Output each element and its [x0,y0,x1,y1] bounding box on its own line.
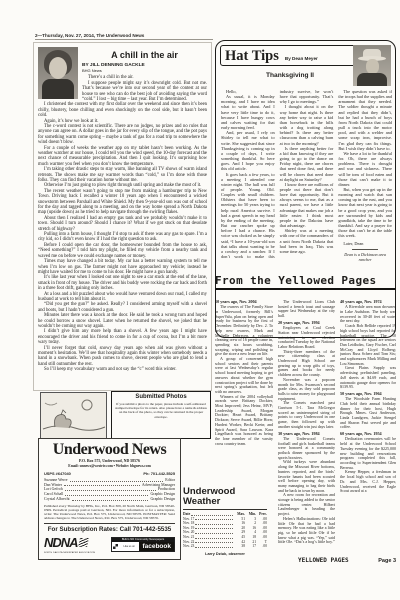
facebook-badge-row: Like us on facebook [112,542,174,551]
dotted-leader [72,500,149,501]
publication-info: Published every Thursday by BHG, Inc., P… [44,504,175,521]
paragraph: “Did you get the gun?” he asked. Really?… [38,302,207,313]
photo-face-shape [49,57,67,79]
paragraph: The Woodside Farm Hunting Club held thei… [340,397,396,430]
chill-article: A chill in the air BY JILL DENNING GACKL… [33,42,212,391]
paragraph: The owners of The Family Store in Underw… [215,305,273,357]
usps-phone-row: USPS #647040 Ph: 701-442-5525 [44,471,175,476]
photo-shoulders-shape [357,73,387,86]
like-us-label: Like us on [119,545,139,548]
paragraph: Coach Bob Bellide reported 19 high schoo… [340,324,396,366]
paragraph: Employees at Coal Creek Station near Und… [278,326,335,350]
dotted-leader [195,524,233,525]
usps-number: USPS #647040 [44,471,71,476]
paragraph: At a loss and a bit puzzled about who wo… [38,292,207,303]
newspaper-name: Underwood News [44,442,175,458]
paragraph: Dedication ceremonies will be held at th… [340,437,396,470]
hat-tips-headline: Thanksgiving II [224,72,356,79]
weather-max: 38 [234,544,245,549]
yellowed-pages-title: From the Yellowed Pages [215,274,396,290]
paragraph: Great Plains Supply was advertising pref… [340,366,396,390]
yellowed-pages-column-3: 40 years ago, Nov. 1974A Riverdale area … [340,300,396,556]
ndna-wordmark: NDNA [44,535,78,550]
paragraph: Times may have changed a bit today. My c… [38,259,207,275]
paragraph: The Underwood Comets football and girls … [278,437,335,461]
masthead-contact: Email: unnews@westriv.com • Website: bhg… [44,464,175,468]
article-body: There’s a chill in the air.I suppose peo… [38,75,207,372]
weather-box: Underwood Weather Date Max. Min. Prec. N… [183,487,267,556]
paragraph: A Riverdale area man drowned in Lake Aud… [340,305,396,324]
qr-code-icon [113,544,118,549]
masthead-box: Underwood News P.O. Box 575, Underwood, … [38,438,181,560]
dotted-leader [195,519,233,520]
signature-rule [352,249,378,250]
weather-title: Underwood Weather [183,487,267,510]
dotted-leader [195,538,233,539]
paragraph: The question was asked if the troops had… [338,89,392,151]
newspaper-stack-icon [78,538,89,547]
paragraph: For a couple of weeks the weather app on… [38,146,207,168]
hat-tips-signoff: Later, Dean [338,241,392,246]
paragraph: Helen’s Hallucinations: Ole told little … [278,517,335,545]
dotted-leader [65,490,156,491]
continuation-label: YELLOWED PAGES [298,557,349,564]
weather-min: 17 [245,544,256,549]
paragraph: We have a lot to be thankful for. Oh, th… [338,151,392,187]
masthead-logos-row: NDNA NORTH DAKOTA NEWSPAPER ASSOCIATION … [44,534,175,554]
phone-number: Ph: 701-442-5525 [143,471,175,476]
subscription-line: For Subscription Rates: Call 701-442-553… [44,523,175,533]
hat-tips-byline: By Dean Meyer [285,56,318,61]
hat-tips-paragraphs: Hello,As usual, it is Monday morning, an… [221,89,392,262]
paragraph: I’ll never forget that cold, snowy day y… [38,346,207,368]
hat-tips-column: Hat Tips By Dean Meyer Thanksgiving II H… [215,40,396,338]
paragraph: I thought about it on the way home that … [280,104,334,145]
paragraph: Shirley was at a meeting with one of the… [280,228,334,254]
yellowed-pages-column-1: 10 years ago, Nov. 2004The owners of The… [215,300,273,486]
facebook-badge: BHG’s ND Community Newspapers Like us on… [111,537,175,552]
page-header-line: 2—Thursday, Nov. 27, 2014, The Underwood… [35,33,213,40]
submitted-photos-notice: Submitted Photos If you submit a photo t… [111,391,211,439]
weather-table: Date Max. Min. Prec. Nov. 17 51 3 .00 No… [183,512,267,549]
paragraph: The Comets marched past Garrison 5-1. Ta… [278,401,335,429]
staff-name: Crystal Albrecht [44,497,70,502]
photo-face-shape [366,59,379,74]
yellowed-pages-column-2: The Underwood Lions Club hosted a french… [278,300,335,585]
dotted-leader [195,533,233,534]
hat-tips-title-box: Hat Tips By Dean Meyer [220,45,356,66]
dotted-leader [195,528,233,529]
dotted-leader [64,485,140,486]
hat-tips-title: Hat Tips [225,48,279,64]
paragraph: I’m taking other drastic steps to stay w… [38,167,207,183]
weather-title-line2: Weather [183,497,267,507]
paragraph: It’s like last year when I looked out on… [38,275,207,291]
notice-title: Submitted Photos [115,394,207,401]
paragraph: Is there anything better for a kid than … [280,146,334,182]
staff-row: Crystal Albrecht Graphic Design [44,497,175,502]
weather-date: Nov. 23 [183,544,194,549]
editorial-cartoon [40,392,107,439]
continuation-page: Page 3 [378,558,396,564]
paragraph: Minutes later there was a knock at the d… [38,313,207,329]
paragraph: So I’ll keep my vocabulary warm and not … [38,367,207,372]
paragraph: About then I realized I had an empty gas… [38,216,207,232]
dotted-leader [195,547,233,548]
paragraph: Winners of the 2004 volleyball awards we… [215,395,273,447]
weather-prec: .00 [256,544,267,549]
hat-tips-tagline: Dean is a Dickinson area rancher [338,252,392,262]
paragraph: Pulling into a farm house, I thought I’d… [38,232,207,243]
paragraph: Before I could open the car door, the ho… [38,243,207,259]
paragraph: As usual, it is Monday morning, and I ha… [221,94,275,130]
paragraph: A new room for recreation and storage is… [278,493,335,517]
paragraph: Kenny Hepper, a freshman in the local hi… [340,470,396,494]
dean-meyer-portrait-photo [353,45,391,86]
dotted-leader [195,542,233,543]
weather-row: Nov. 23 38 17 .00 [183,544,267,549]
staff-role: Graphic Design [150,497,175,502]
paragraph: The Underwood Lions Club hosted a french… [278,300,335,319]
newspaper-page: 2—Thursday, Nov. 27, 2014, The Underwood… [0,0,400,600]
weather-rows: Nov. 17 51 3 .00 Nov. 18 16 2 .00 Nov. 1… [183,517,267,549]
paragraph: I didn’t give him any more help than a s… [38,329,207,345]
paragraph: Thirty-three members of the new citizens… [278,350,335,378]
photo-shoulders-shape [42,79,74,99]
ndna-logo: NDNA NORTH DAKOTA NEWSPAPER ASSOCIATION [44,534,95,554]
notice-text: If you submit a photo to the paper, plea… [115,402,207,419]
paragraph: November was a popcorn month for Mrs. Sw… [278,378,335,402]
facebook-wordmark: facebook [139,542,174,551]
hat-tips-body: Hello,As usual, it is Monday morning, an… [221,89,392,333]
paragraph: The c-word contest is not scientific. Th… [38,124,207,146]
paragraph: I know there are millions of people out … [280,182,334,228]
dotted-leader [65,495,148,496]
paragraph: A group of concerned high school seniors… [215,357,273,395]
continuation-note: YELLOWED PAGES Page 3 [298,557,396,564]
paragraph: I christened the contest with my first d… [38,102,207,118]
columnist-portrait-photo [38,47,78,99]
paragraph: But, when you get up in the morning and … [338,187,392,239]
staff-list: Suzanne Werre Editor Dan Winter Advertis… [44,478,175,502]
cartoon-drawing [41,393,106,438]
ndna-caption: NORTH DAKOTA NEWSPAPER ASSOCIATION [44,552,95,554]
paragraph: The recent weather wasn’t going to stop … [38,189,207,216]
dotted-leader [70,481,164,482]
dotted-leader [191,515,233,516]
weather-observer: Larry Dziuk, observer [183,551,267,556]
paragraph: Wild turkeys were abundant along the Mis… [278,460,335,493]
paragraph: And, per usual, I rely on Shirley to tel… [221,130,275,171]
